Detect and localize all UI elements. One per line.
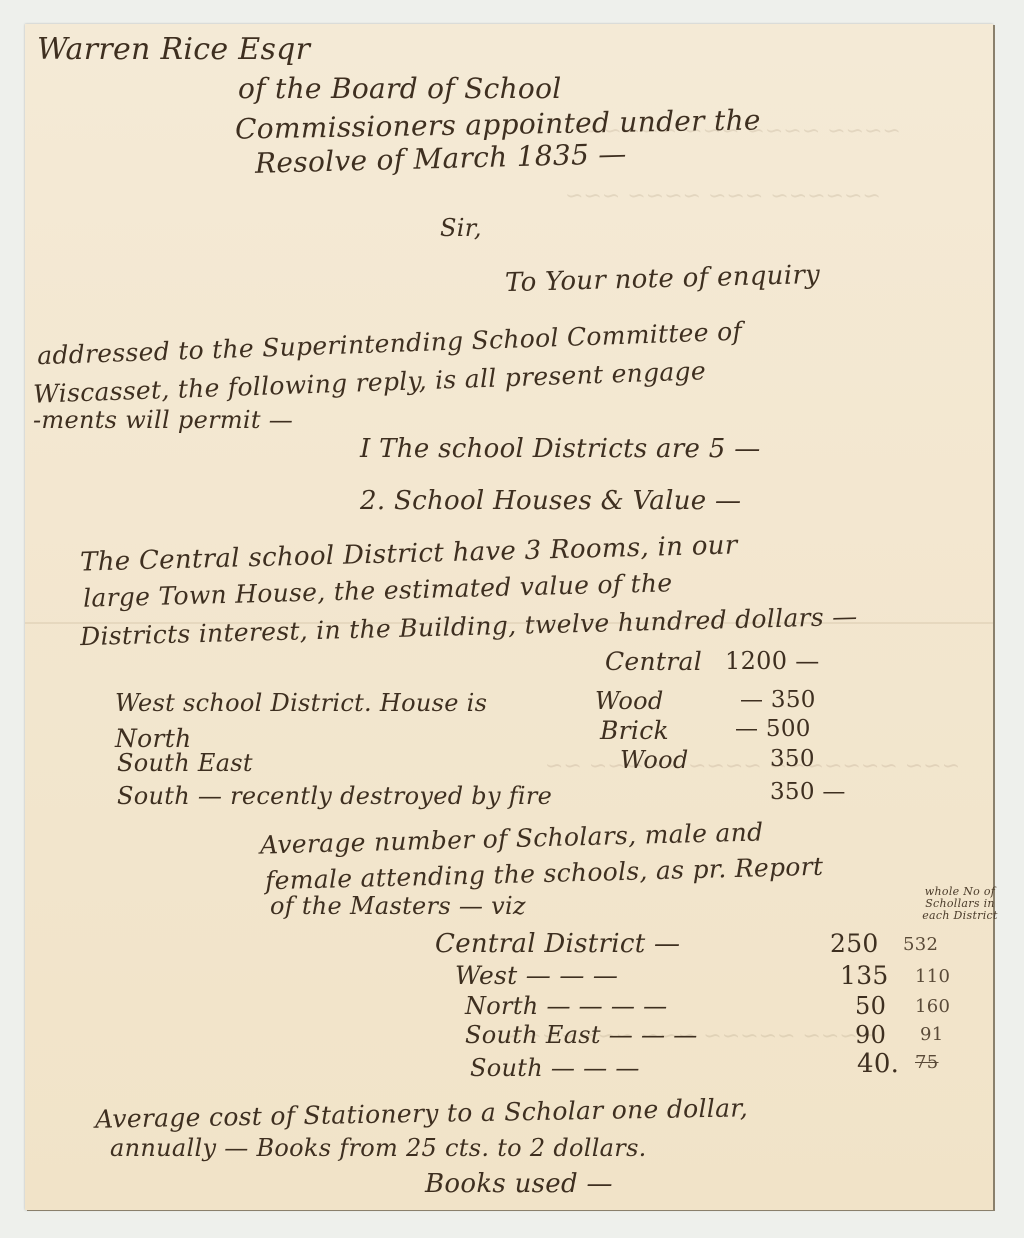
margin-note: whole No of Schollars in each District [920,886,1000,922]
house-material: Wood [595,687,664,715]
scholar-district: West — — — [455,961,618,990]
scholar-average: 90 [855,1021,886,1049]
house-district: South — recently destroyed by fire [117,782,552,810]
scholar-district: South East — — — [465,1021,698,1049]
bleed-through-text: ~~~ ~~~~~~~ ~~~~ ~~~~~ ~~ [545,754,960,779]
house-value: 1200 — [725,647,820,675]
section-3-line: female attending the schools, as pr. Rep… [265,852,824,896]
bleed-through-text: ~~~~~~ ~~~ ~~~~ ~~~ [565,184,881,209]
scholar-district: Central District — [435,929,680,959]
scholar-whole: 75 [915,1052,939,1073]
house-material: Central [605,647,702,676]
closing-line: annually — Books from 25 cts. to 2 dolla… [110,1134,647,1162]
house-district: South East [117,749,253,777]
intro-line: To Your note of enquiry [505,260,821,298]
closing-line: Books used — [425,1169,613,1199]
scholar-whole: 91 [920,1024,944,1045]
house-value: 350 — [770,779,846,805]
scholar-whole: 160 [915,996,950,1017]
house-value: — 350 [740,687,816,713]
intro-line: -ments will permit — [33,406,293,434]
section-1-heading: I The school Districts are 5 — [360,434,761,464]
closing-line: Average cost of Stationery to a Scholar … [95,1093,748,1133]
scholar-district: North — — — — [465,992,667,1020]
scholar-average: 50 [855,992,886,1020]
house-value: — 500 [735,716,811,742]
scholar-district: South — — — [470,1054,640,1082]
scholar-average: 40. [857,1049,899,1079]
scholar-average: 135 [840,961,889,990]
section-3-line: of the Masters — viz [270,892,526,920]
house-material: Brick [600,716,669,745]
salutation: Sir, [440,214,482,242]
house-material: Wood [620,746,689,774]
letter-page: ~~~~ ~~~~ ~~~ ~~~~~ ~~~~~~ ~~~ ~~~~ ~~~ … [25,24,993,1210]
house-district: West school District. House is [115,689,487,717]
section-3-line: Average number of Scholars, male and [260,817,764,859]
scholar-whole: 532 [903,934,938,955]
scholar-whole: 110 [915,966,950,987]
addressee: Warren Rice Esqr [37,32,310,67]
header-line: of the Board of School [238,72,562,105]
house-value: 350 [770,746,815,772]
scholar-average: 250 [830,929,879,958]
section-2-heading: 2. School Houses & Value — [360,486,741,516]
